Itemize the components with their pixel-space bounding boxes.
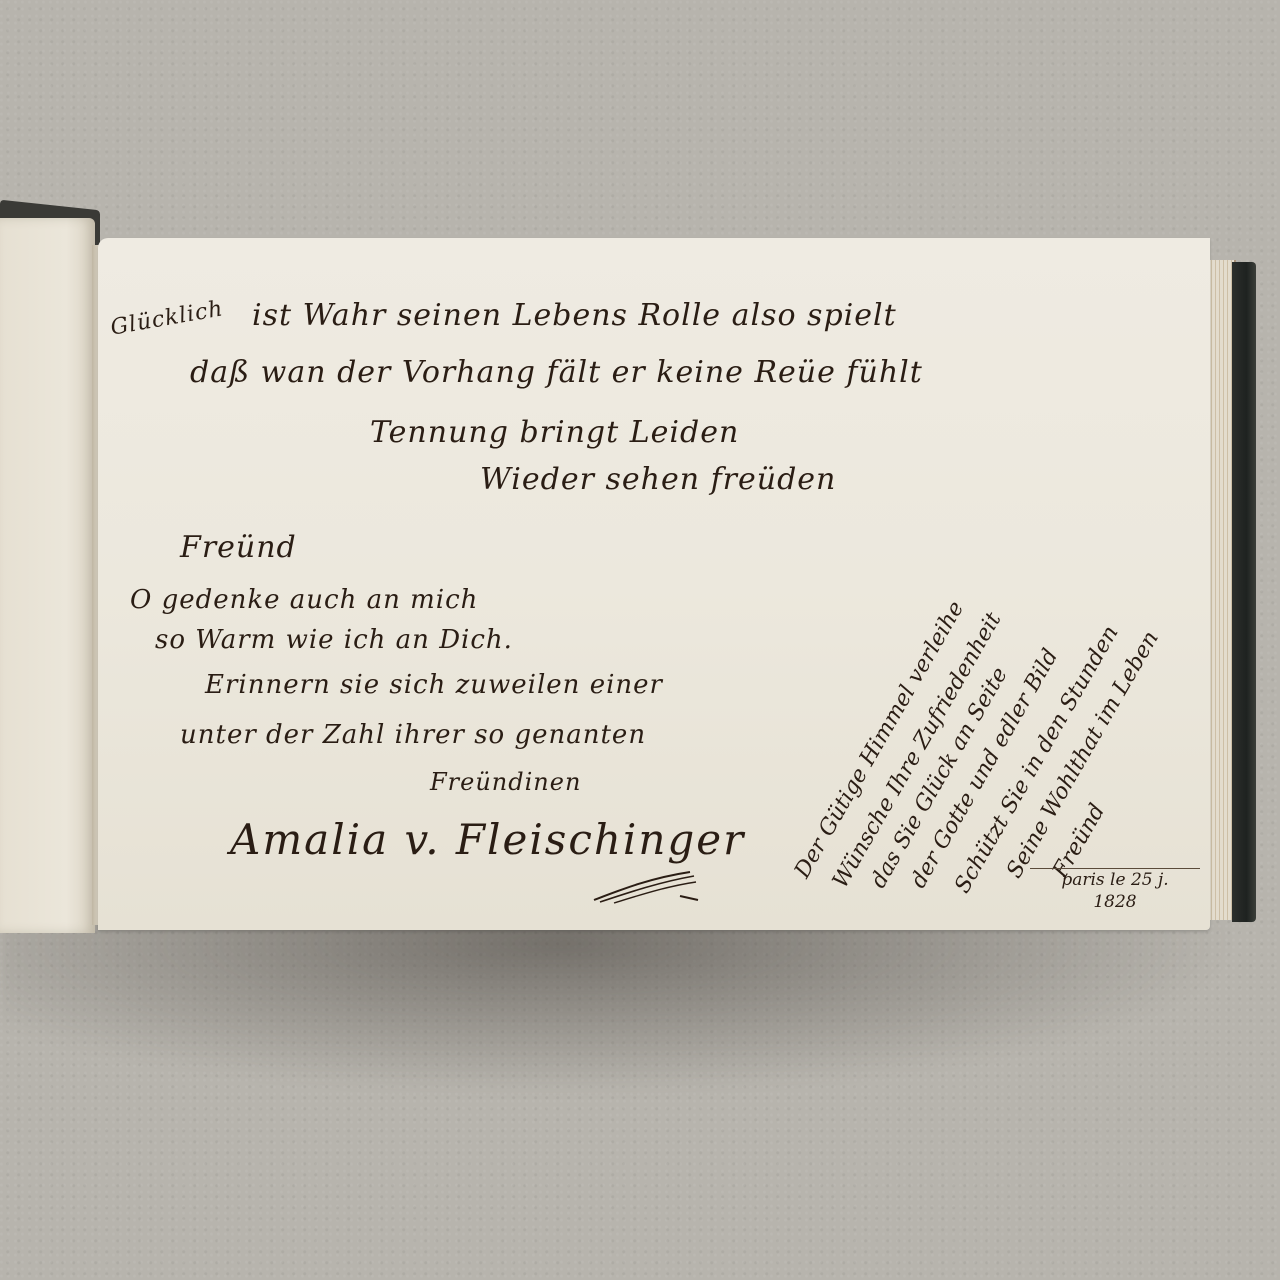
verse-line-3: Tennung bringt Leiden (370, 415, 739, 450)
verse-line-1-text: ist Wahr seinen Lebens Rolle also spielt (252, 298, 897, 333)
book-shadow (0, 905, 1240, 1095)
dedication-line-3: so Warm wie ich an Dich. (155, 625, 513, 655)
left-page (0, 218, 95, 933)
date-inscription: paris le 25 j. 1828 (1030, 868, 1200, 913)
dedication-line-5: unter der Zahl ihrer so genanten (180, 720, 646, 750)
dedication-line-2: O gedenke auch an mich (130, 585, 478, 615)
dedication-line-4: Erinnern sie sich zuweilen einer (205, 670, 663, 700)
signature-flourish-icon (590, 870, 700, 904)
verse-line-1: Glücklichist Wahr seinen Lebens Rolle al… (110, 298, 897, 333)
diagonal-inscription: Der Gütige Himmel verleihe Wünsche Ihre … (780, 340, 1200, 880)
dedication-heading: Freünd (180, 530, 297, 565)
dedication-line-6: Freündinen (430, 768, 581, 796)
date-place: paris le 25 j. (1030, 869, 1200, 891)
book-spine-cover (1232, 262, 1256, 922)
signature: Amalia v. Fleischinger (230, 815, 745, 864)
date-year: 1828 (1030, 891, 1200, 913)
